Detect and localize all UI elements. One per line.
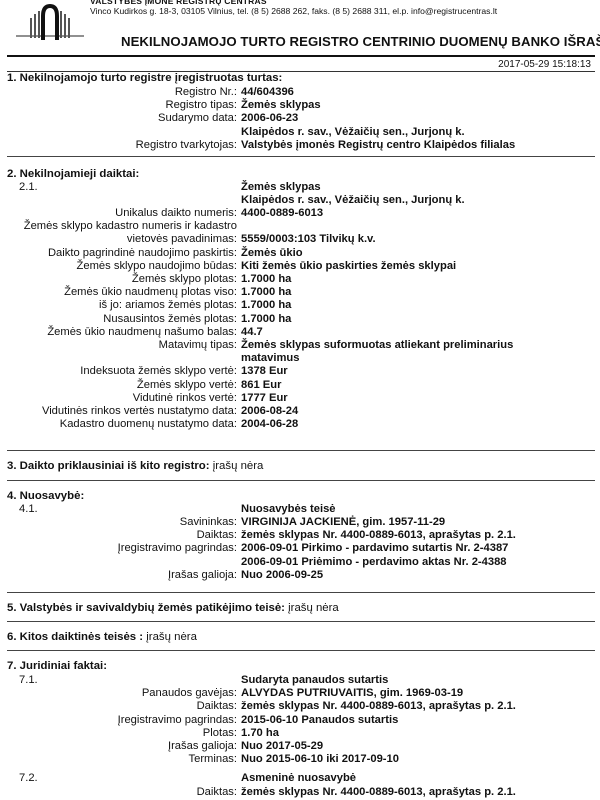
- field-row: Įrašas galioja:Nuo 2017-05-29: [0, 740, 600, 753]
- field-row: Žemės ūkio naudmenų plotas viso:1.7000 h…: [0, 286, 600, 299]
- field-row: Žemės ūkio naudmenų našumo balas:44.7: [0, 326, 600, 339]
- field-row: Panaudos gavėjas:ALVYDAS PUTRIUVAITIS, g…: [0, 687, 600, 700]
- section-2-title: 2. Nekilnojamieji daiktai:: [7, 168, 139, 180]
- field-row: Klaipėdos r. sav., Vėžaičių sen., Jurjon…: [0, 126, 600, 139]
- field-row: Žemės sklypo naudojimo būdas:Kiti žemės …: [0, 260, 600, 273]
- field-row: matavimus: [0, 352, 600, 365]
- item-address: Klaipėdos r. sav., Vėžaičių sen., Jurjon…: [241, 194, 465, 207]
- field-row: Įrašas galioja:Nuo 2006-09-25: [0, 569, 600, 582]
- section-6-title: 6. Kitos daiktinės teisės : įrašų nėra: [7, 631, 197, 643]
- field-label: Indeksuota žemės sklypo vertė:: [80, 365, 237, 378]
- field-row: Įregistravimo pagrindas:2015-06-10 Panau…: [0, 714, 600, 727]
- field-value: 2015-06-10 Panaudos sutartis: [241, 714, 398, 727]
- item-title: Sudaryta panaudos sutartis: [241, 674, 388, 687]
- field-row: Žemės sklypo vertė:861 Eur: [0, 379, 600, 392]
- header-divider: [7, 55, 595, 57]
- section-5-title: 5. Valstybės ir savivaldybių žemės patik…: [7, 602, 339, 614]
- field-label: Vidutinės rinkos vertės nustatymo data:: [42, 405, 237, 418]
- field-value: 1.7000 ha: [241, 313, 291, 326]
- field-value: 1378 Eur: [241, 365, 288, 378]
- field-label: Daiktas:: [197, 786, 237, 799]
- field-value: 1.7000 ha: [241, 299, 291, 312]
- field-label: Vidutinė rinkos vertė:: [133, 392, 237, 405]
- field-value: ALVYDAS PUTRIUVAITIS, gim. 1969-03-19: [241, 687, 463, 700]
- section-7-title: 7. Juridiniai faktai:: [7, 660, 107, 672]
- field-value: Klaipėdos r. sav., Vėžaičių sen., Jurjon…: [241, 126, 465, 139]
- field-value: Žemės sklypas suformuotas atliekant prel…: [241, 339, 513, 352]
- field-row: Įregistravimo pagrindas:2006-09-01 Pirki…: [0, 542, 600, 555]
- field-value: Nuo 2015-06-10 iki 2017-09-10: [241, 753, 399, 766]
- section-divider: [7, 450, 595, 451]
- document-header: VALSTYBĖS ĮMONĖ REGISTRŲ CENTRAS Vinco K…: [0, 0, 600, 60]
- field-label: vietovės pavadinimas:: [127, 233, 237, 246]
- field-value: VIRGINIJA JACKIENĖ, gim. 1957-11-29: [241, 516, 445, 529]
- field-row: Registro tipas:Žemės sklypas: [0, 99, 600, 112]
- field-row: Vidutinė rinkos vertė:1777 Eur: [0, 392, 600, 405]
- section-4-title: 4. Nuosavybė:: [7, 490, 84, 502]
- item-header: 7.2.Asmeninė nuosavybė: [0, 772, 600, 785]
- field-label: Žemės sklypo vertė:: [137, 379, 237, 392]
- field-label: Terminas:: [189, 753, 238, 766]
- section-divider: [7, 650, 595, 651]
- field-value: 2006-09-01 Pirkimo - pardavimo sutartis …: [241, 542, 508, 555]
- section-divider: [7, 592, 595, 593]
- field-row: Plotas:1.70 ha: [0, 727, 600, 740]
- section-2-item-address: Klaipėdos r. sav., Vėžaičių sen., Jurjon…: [0, 194, 600, 207]
- item-number: 7.2.: [19, 772, 38, 785]
- field-row: Registro tvarkytojas:Valstybės įmonės Re…: [0, 139, 600, 152]
- field-row: Daiktas:žemės sklypas Nr. 4400-0889-6013…: [0, 700, 600, 713]
- field-label: Žemės sklypo naudojimo būdas:: [77, 260, 237, 273]
- item-title: Asmeninė nuosavybė: [241, 772, 356, 785]
- building-arch-logo-icon: [14, 2, 86, 42]
- field-row: 2006-09-01 Priėmimo - perdavimo aktas Nr…: [0, 556, 600, 569]
- timestamp: 2017-05-29 15:18:13: [498, 59, 591, 70]
- field-value: 2006-08-24: [241, 405, 298, 418]
- field-value: 1.7000 ha: [241, 273, 291, 286]
- field-label: Įregistravimo pagrindas:: [118, 714, 237, 727]
- item-header: 7.1.Sudaryta panaudos sutartis: [0, 674, 600, 687]
- field-label: Matavimų tipas:: [159, 339, 237, 352]
- field-label: Daiktas:: [197, 700, 237, 713]
- field-label: Įregistravimo pagrindas:: [118, 542, 237, 555]
- field-row: vietovės pavadinimas:5559/0003:103 Tilvi…: [0, 233, 600, 246]
- document-title: NEKILNOJAMOJO TURTO REGISTRO CENTRINIO D…: [121, 34, 600, 49]
- field-value: 44/604396: [241, 86, 294, 99]
- section-divider: [7, 621, 595, 622]
- field-value: 1.7000 ha: [241, 286, 291, 299]
- field-label: Žemės ūkio naudmenų našumo balas:: [47, 326, 237, 339]
- field-row: Daikto pagrindinė naudojimo paskirtis:Že…: [0, 247, 600, 260]
- field-value: Žemės ūkio: [241, 247, 303, 260]
- field-label: Registro tipas:: [165, 99, 237, 112]
- section-6-value: įrašų nėra: [143, 631, 197, 643]
- field-value: 1.70 ha: [241, 727, 279, 740]
- field-row: Žemės sklypo kadastro numeris ir kadastr…: [0, 220, 600, 233]
- section-divider: [7, 480, 595, 481]
- field-row: Savininkas:VIRGINIJA JACKIENĖ, gim. 1957…: [0, 516, 600, 529]
- field-value: 5559/0003:103 Tilvikų k.v.: [241, 233, 376, 246]
- field-label: Plotas:: [203, 727, 237, 740]
- field-label: Daiktas:: [197, 529, 237, 542]
- field-row: Daiktas:žemės sklypas Nr. 4400-0889-6013…: [0, 529, 600, 542]
- field-value: 861 Eur: [241, 379, 281, 392]
- item-number: 7.1.: [19, 674, 38, 687]
- field-row: Registro Nr.:44/604396: [0, 86, 600, 99]
- field-row: Daiktas:žemės sklypas Nr. 4400-0889-6013…: [0, 786, 600, 799]
- section-6-label: 6. Kitos daiktinės teisės :: [7, 631, 143, 643]
- field-value: 2006-09-01 Priėmimo - perdavimo aktas Nr…: [241, 556, 507, 569]
- item-title: Nuosavybės teisė: [241, 503, 336, 516]
- field-row: Unikalus daikto numeris:4400-0889-6013: [0, 207, 600, 220]
- field-row: Terminas:Nuo 2015-06-10 iki 2017-09-10: [0, 753, 600, 766]
- field-value: matavimus: [241, 352, 299, 365]
- field-label: Įrašas galioja:: [168, 740, 237, 753]
- section-1-title: 1. Nekilnojamojo turto registre įregistr…: [7, 72, 282, 84]
- field-value: žemės sklypas Nr. 4400-0889-6013, aprašy…: [241, 529, 516, 542]
- field-value: Valstybės įmonės Registrų centro Klaipėd…: [241, 139, 515, 152]
- field-label: Registro tvarkytojas:: [136, 139, 237, 152]
- field-label: Unikalus daikto numeris:: [115, 207, 237, 220]
- field-value: Nuo 2006-09-25: [241, 569, 323, 582]
- section-5-value: įrašų nėra: [285, 602, 339, 614]
- field-label: Žemės sklypo plotas:: [132, 273, 237, 286]
- field-row: Matavimų tipas:Žemės sklypas suformuotas…: [0, 339, 600, 352]
- field-label: Panaudos gavėjas:: [142, 687, 237, 700]
- field-row: Sudarymo data:2006-06-23: [0, 112, 600, 125]
- section-divider: [7, 156, 595, 157]
- field-label: Savininkas:: [180, 516, 237, 529]
- field-value: 2004-06-28: [241, 418, 298, 431]
- section-3-label: 3. Daikto priklausiniai iš kito registro…: [7, 460, 210, 472]
- field-value: žemės sklypas Nr. 4400-0889-6013, aprašy…: [241, 700, 516, 713]
- field-value: 1777 Eur: [241, 392, 288, 405]
- field-label: iš jo: ariamos žemės plotas:: [99, 299, 237, 312]
- field-label: Sudarymo data:: [158, 112, 237, 125]
- field-value: Kiti žemės ūkio paskirties žemės sklypai: [241, 260, 456, 273]
- field-value: žemės sklypas Nr. 4400-0889-6013, aprašy…: [241, 786, 516, 799]
- section-2-item-header: 2.1. Žemės sklypas: [0, 181, 600, 194]
- field-value: Žemės sklypas: [241, 99, 321, 112]
- field-label: Žemės ūkio naudmenų plotas viso:: [64, 286, 237, 299]
- field-label: Registro Nr.:: [175, 86, 237, 99]
- organization-contact: Vinco Kudirkos g. 18-3, 03105 Vilnius, t…: [90, 6, 497, 16]
- field-row: Nusausintos žemės plotas:1.7000 ha: [0, 313, 600, 326]
- field-value: 44.7: [241, 326, 263, 339]
- field-row: Indeksuota žemės sklypo vertė:1378 Eur: [0, 365, 600, 378]
- field-row: Vidutinės rinkos vertės nustatymo data:2…: [0, 405, 600, 418]
- section-3-value: įrašų nėra: [210, 460, 264, 472]
- field-value: Nuo 2017-05-29: [241, 740, 323, 753]
- item-number: 2.1.: [19, 181, 38, 194]
- section-5-label: 5. Valstybės ir savivaldybių žemės patik…: [7, 602, 285, 614]
- field-label: Žemės sklypo kadastro numeris ir kadastr…: [24, 220, 237, 233]
- field-row: iš jo: ariamos žemės plotas:1.7000 ha: [0, 299, 600, 312]
- field-label: Įrašas galioja:: [168, 569, 237, 582]
- section-3-title: 3. Daikto priklausiniai iš kito registro…: [7, 460, 263, 472]
- field-value: 4400-0889-6013: [241, 207, 323, 220]
- field-row: Žemės sklypo plotas:1.7000 ha: [0, 273, 600, 286]
- section-4-item-header: 4.1. Nuosavybės teisė: [0, 503, 600, 516]
- item-title: Žemės sklypas: [241, 181, 321, 194]
- field-value: 2006-06-23: [241, 112, 298, 125]
- field-label: Daikto pagrindinė naudojimo paskirtis:: [48, 247, 237, 260]
- field-label: Nusausintos žemės plotas:: [103, 313, 237, 326]
- field-label: Kadastro duomenų nustatymo data:: [60, 418, 237, 431]
- item-number: 4.1.: [19, 503, 38, 516]
- field-row: Kadastro duomenų nustatymo data:2004-06-…: [0, 418, 600, 431]
